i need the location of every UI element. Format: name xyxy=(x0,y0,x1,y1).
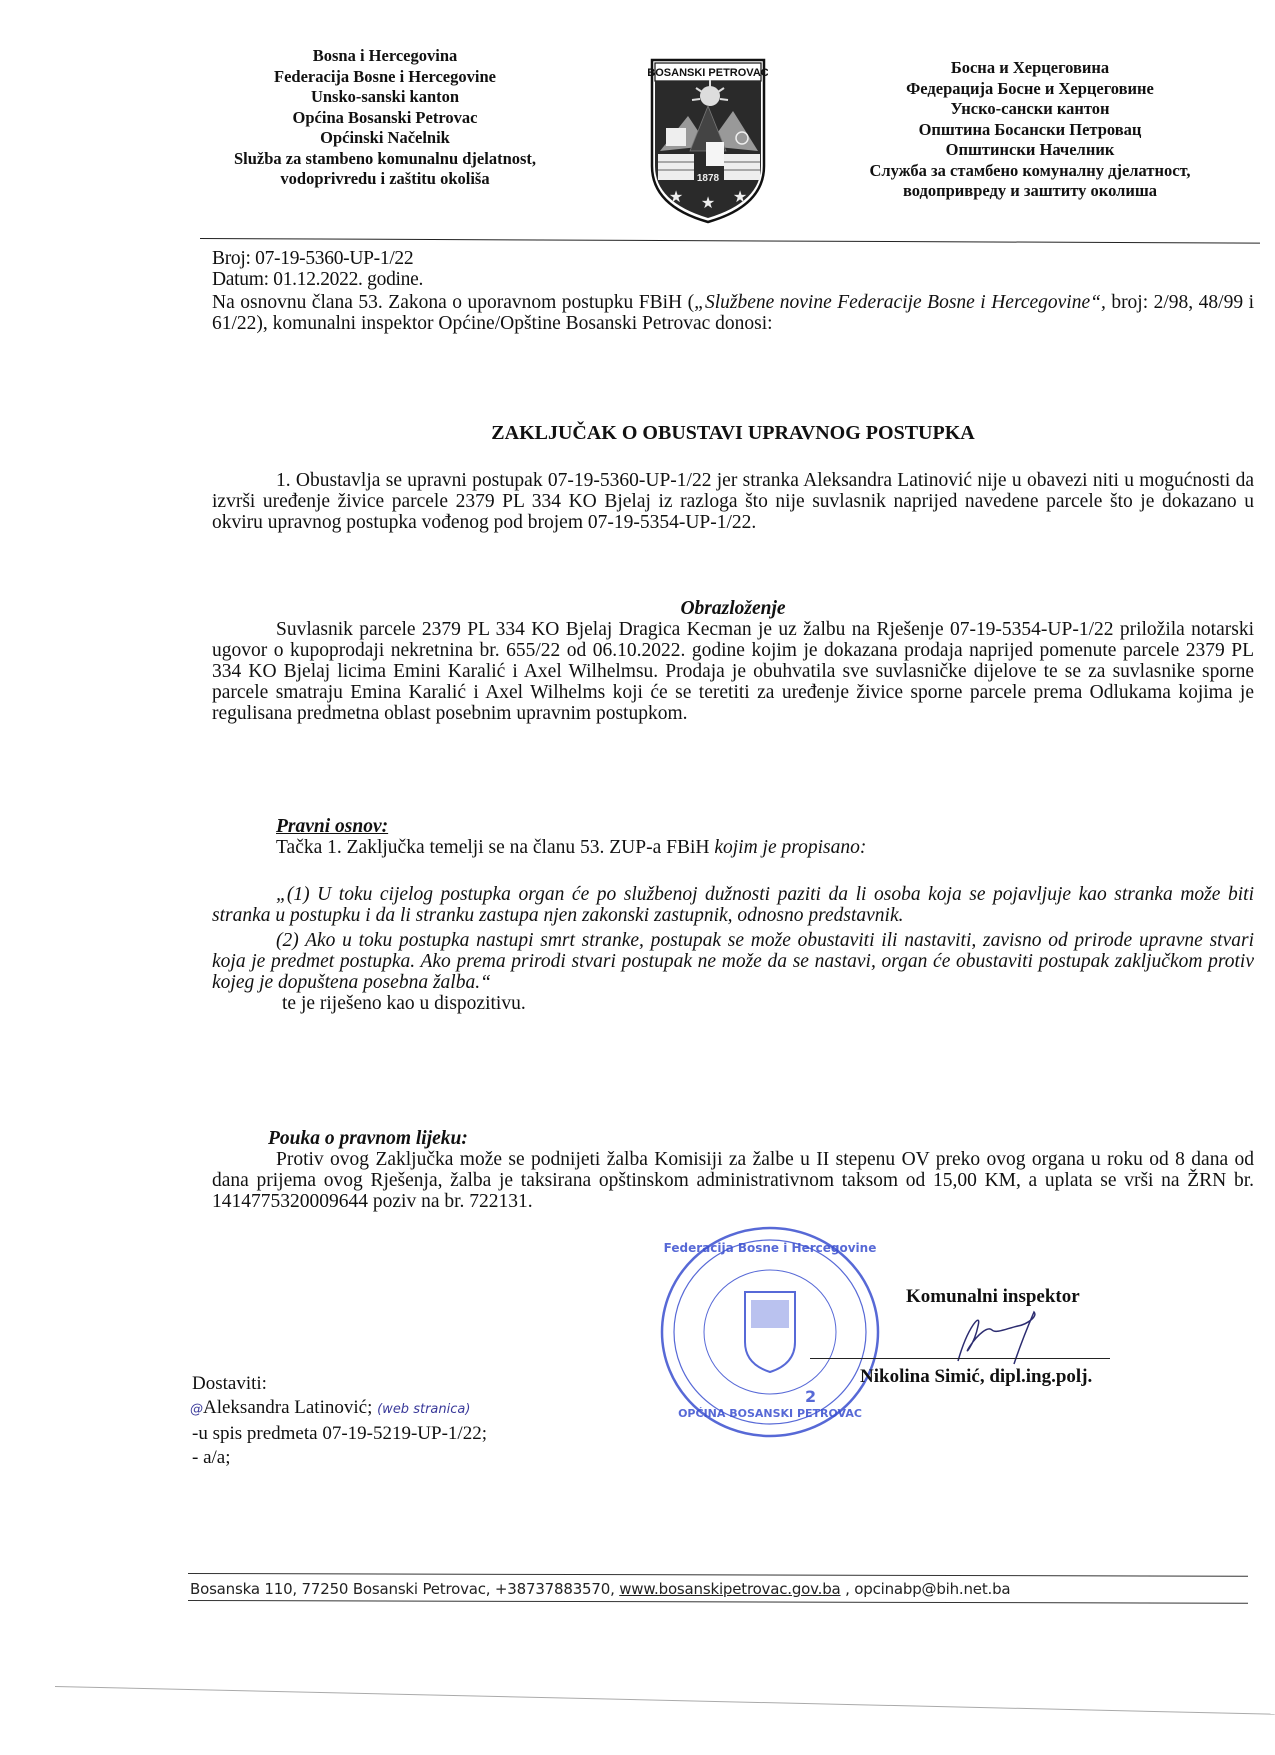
header-line: Служба за стамбено комуналну дјелатност, xyxy=(820,161,1240,182)
legal-basis-closing: te je riješeno kao u dispozitivu. xyxy=(282,993,1254,1014)
header-line: Федерација Босне и Херцеговине xyxy=(820,79,1240,100)
coat-of-arms-icon: BOSANSKI PETROVAC 1878 ★★★ xyxy=(648,56,768,226)
signatory-name: Nikolina Simić, dipl.ing.polj. xyxy=(860,1366,1092,1388)
signature-line xyxy=(810,1358,1110,1359)
handwritten-signature-icon xyxy=(948,1306,1048,1366)
scan-artifact-line xyxy=(55,1686,1275,1715)
header-line: Bosna i Hercegovina xyxy=(190,46,580,67)
header-cyrillic: Босна и Херцеговина Федерација Босне и Х… xyxy=(820,58,1240,202)
delivery-list: Dostaviti: @Aleksandra Latinović; (web s… xyxy=(190,1372,487,1470)
handwritten-mark: @ xyxy=(190,1402,203,1417)
legal-basis-intro-italic: kojim je propisano: xyxy=(714,837,866,858)
footer-separator: , xyxy=(841,1580,855,1598)
footer-divider-bottom xyxy=(188,1600,1248,1604)
header-latin: Bosna i Hercegovina Federacija Bosne i H… xyxy=(190,46,580,190)
svg-text:★: ★ xyxy=(733,187,747,206)
legal-basis-heading: Pravni osnov: xyxy=(276,816,1254,837)
remedy-text: Protiv ovog Zaključka može se podnijeti … xyxy=(212,1149,1254,1212)
stamp-outer-text: Federacija Bosne i Hercegovine xyxy=(664,1241,877,1255)
header-line: Općina Bosanski Petrovac xyxy=(190,108,580,129)
crest-label: BOSANSKI PETROVAC xyxy=(648,67,768,79)
quoted-article-2: (2) Ako u toku postupka nastupi smrt str… xyxy=(212,930,1254,993)
delivery-item: - a/a; xyxy=(192,1446,487,1470)
footer-email[interactable]: opcinabp@bih.net.ba xyxy=(854,1580,1010,1598)
footer-divider-top xyxy=(188,1573,1248,1577)
header-divider xyxy=(200,238,1260,244)
header-line: Unsko-sanski kanton xyxy=(190,87,580,108)
delivery-item: @Aleksandra Latinović; (web stranica) xyxy=(190,1396,487,1422)
legal-basis-section: Pravni osnov: Tačka 1. Zaključka temelji… xyxy=(212,816,1254,1014)
svg-text:★: ★ xyxy=(669,187,683,206)
website-link[interactable]: www.bosanskipetrovac.gov.ba xyxy=(619,1580,840,1598)
preamble-text: Na osnovnu člana 53. Zakona o uporavnom … xyxy=(212,292,694,313)
header-line: Општински Начелник xyxy=(820,140,1240,161)
header-line: Унско-сански кантон xyxy=(820,99,1240,120)
gazette-citation: „Službene novine Federacije Bosne i Herc… xyxy=(694,292,1106,313)
remedy-heading: Pouka o pravnom lijeku: xyxy=(268,1128,1254,1149)
official-stamp: Federacija Bosne i Hercegovine OPĆINA BO… xyxy=(655,1222,885,1442)
delivery-item-text: Aleksandra Latinović; xyxy=(203,1397,372,1418)
header-line: vodoprivredu i zaštitu okoliša xyxy=(190,169,580,190)
legal-basis-intro-text: Tačka 1. Zaključka temelji se na članu 5… xyxy=(276,837,714,858)
document-page: Bosna i Hercegovina Federacija Bosne i H… xyxy=(0,0,1275,1755)
delivery-heading: Dostaviti: xyxy=(192,1372,487,1396)
header-line: Federacija Bosne i Hercegovine xyxy=(190,67,580,88)
header-line: Služba za stambeno komunalnu djelatnost, xyxy=(190,149,580,170)
crest-year: 1878 xyxy=(697,173,720,184)
document-date: Datum: 01.12.2022. godine. xyxy=(212,269,423,290)
reasoning-text: Suvlasnik parcele 2379 PL 334 KO Bjelaj … xyxy=(212,619,1254,724)
delivery-item: -u spis predmeta 07-19-5219-UP-1/22; xyxy=(192,1422,487,1446)
svg-text:★: ★ xyxy=(701,193,715,212)
footer-contact: Bosanska 110, 77250 Bosanski Petrovac, +… xyxy=(190,1580,1010,1598)
dispositive-paragraph: 1. Obustavlja se upravni postupak 07-19-… xyxy=(212,470,1254,533)
document-meta: Broj: 07-19-5360-UP-1/22 Datum: 01.12.20… xyxy=(212,248,423,290)
handwritten-note: (web stranica) xyxy=(377,1402,470,1417)
header-line: Босна и Херцеговина xyxy=(820,58,1240,79)
remedy-section: Pouka o pravnom lijeku: Protiv ovog Zakl… xyxy=(212,1128,1254,1212)
legal-basis-intro: Tačka 1. Zaključka temelji se na članu 5… xyxy=(276,837,1254,858)
preamble: Na osnovnu člana 53. Zakona o uporavnom … xyxy=(212,292,1254,334)
reasoning-section: Obrazloženje Suvlasnik parcele 2379 PL 3… xyxy=(212,598,1254,724)
header-line: Općinski Načelnik xyxy=(190,128,580,149)
footer-address: Bosanska 110, 77250 Bosanski Petrovac, +… xyxy=(190,1580,619,1598)
stamp-inner-text: OPĆINA BOSANSKI PETROVAC xyxy=(678,1407,862,1420)
header-line: Општина Босански Петровац xyxy=(820,120,1240,141)
quoted-article-1: „(1) U toku cijelog postupka organ će po… xyxy=(212,884,1254,926)
document-title: ZAKLJUČAK O OBUSTAVI UPRAVNOG POSTUPKA xyxy=(212,422,1254,445)
document-number: Broj: 07-19-5360-UP-1/22 xyxy=(212,248,423,269)
reasoning-heading: Obrazloženje xyxy=(212,598,1254,619)
signatory-title: Komunalni inspektor xyxy=(906,1286,1080,1308)
header-line: водопривреду и заштиту околиша xyxy=(820,181,1240,202)
stamp-number: 2 xyxy=(805,1387,816,1406)
